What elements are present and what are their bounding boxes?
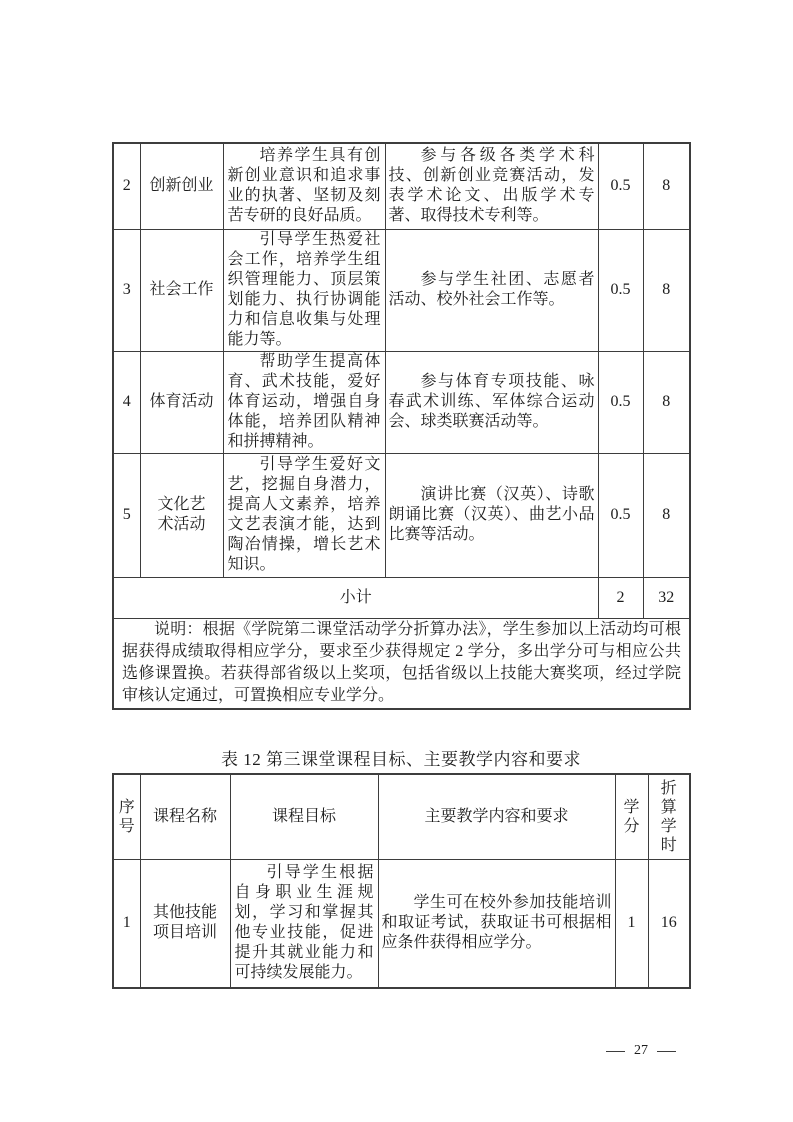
course-content-text: 参与体育专项技能、咏春武术训练、军体综合运动会、球类联赛活动等。 <box>386 372 598 432</box>
course-goal-text: 帮助学生提高体育、武术技能，爱好体育运动，增强自身体能，培养团队精神和拼搏精神。 <box>224 352 385 452</box>
course-content-text: 演讲比赛（汉英）、诗歌朗诵比赛（汉英）、曲艺小品比赛等活动。 <box>386 485 598 545</box>
course-goal: 引导学生热爱社会工作，培养学生组织管理能力、顶层策划能力、执行协调能力和信息收集… <box>223 229 385 351</box>
table-row: 1 其他技能项目培训 引导学生根据自身职业生涯规划，学习和掌握其他专业技能，促进… <box>113 859 690 988</box>
table-row: 4 体育活动 帮助学生提高体育、武术技能，爱好体育运动，增强自身体能，培养团队精… <box>113 351 690 453</box>
page-number-dash-right <box>657 1051 676 1052</box>
course-content: 参与学生社团、志愿者活动、校外社会工作等。 <box>385 229 598 351</box>
row-number: 1 <box>113 859 140 988</box>
course-content-text: 参与各级各类学术科技、创新创业竞赛活动，发表学术论文、出版学术专著、取得技术专利… <box>386 146 598 226</box>
subtotal-credit: 2 <box>598 577 643 618</box>
note-cell: 说明：根据《学院第二课堂活动学分折算办法》，学生参加以上活动均可根据获得成绩取得… <box>113 618 690 709</box>
course-name: 创新创业 <box>140 143 223 229</box>
hours-value: 8 <box>643 453 690 577</box>
course-name: 体育活动 <box>140 351 223 453</box>
course-goal-text: 引导学生爱好文艺，挖掘自身潜力，提高人文素养，培养文艺表演才能，达到陶冶情操，增… <box>224 455 385 575</box>
subtotal-row: 小计 2 32 <box>113 577 690 618</box>
course-name: 其他技能项目培训 <box>140 859 230 988</box>
course-goal: 帮助学生提高体育、武术技能，爱好体育运动，增强自身体能，培养团队精神和拼搏精神。 <box>223 351 385 453</box>
credit-value: 0.5 <box>598 351 643 453</box>
row-number: 2 <box>113 143 140 229</box>
credit-value: 1 <box>615 859 648 988</box>
subtotal-hours: 32 <box>643 577 690 618</box>
second-classroom-table: 2 创新创业 培养学生具有创新创业意识和追求事业的执著、坚韧及刻苦专研的良好品质… <box>112 142 691 710</box>
course-goal: 引导学生爱好文艺，挖掘自身潜力，提高人文素养，培养文艺表演才能，达到陶冶情操，增… <box>223 453 385 577</box>
course-goal: 培养学生具有创新创业意识和追求事业的执著、坚韧及刻苦专研的良好品质。 <box>223 143 385 229</box>
hours-value: 8 <box>643 229 690 351</box>
course-name: 文化艺术活动 <box>140 453 223 577</box>
table-row: 5 文化艺术活动 引导学生爱好文艺，挖掘自身潜力，提高人文素养，培养文艺表演才能… <box>113 453 690 577</box>
course-name-text: 文化艺术活动 <box>158 495 206 535</box>
note-row: 说明：根据《学院第二课堂活动学分折算办法》，学生参加以上活动均可根据获得成绩取得… <box>113 618 690 709</box>
header-credit-text: 学分 <box>623 798 640 836</box>
page-number-dash-left <box>606 1051 625 1052</box>
credit-value: 0.5 <box>598 143 643 229</box>
header-course-goal: 课程目标 <box>230 774 378 859</box>
course-goal-text: 引导学生根据自身职业生涯规划，学习和掌握其他专业技能，促进提升其就业能力和可持续… <box>231 863 378 983</box>
course-content: 参与体育专项技能、咏春武术训练、军体综合运动会、球类联赛活动等。 <box>385 351 598 453</box>
course-content-text: 参与学生社团、志愿者活动、校外社会工作等。 <box>386 270 598 310</box>
table-row: 2 创新创业 培养学生具有创新创业意识和追求事业的执著、坚韧及刻苦专研的良好品质… <box>113 143 690 229</box>
header-course-content: 主要教学内容和要求 <box>378 774 615 859</box>
course-name-text: 其他技能项目培训 <box>153 903 217 943</box>
note-text: 说明：根据《学院第二课堂活动学分折算办法》，学生参加以上活动均可根据获得成绩取得… <box>114 619 689 707</box>
table12-caption: 表 12 第三课堂课程目标、主要教学内容和要求 <box>112 745 690 770</box>
row-number: 3 <box>113 229 140 351</box>
page-number-value: 27 <box>634 1043 648 1059</box>
hours-value: 8 <box>643 143 690 229</box>
course-content-text: 学生可在校外参加技能培训和取证考试，获取证书可根据相应条件获得相应学分。 <box>379 893 615 953</box>
header-hours: 折算学时 <box>648 774 690 859</box>
credit-value: 0.5 <box>598 453 643 577</box>
course-content: 学生可在校外参加技能培训和取证考试，获取证书可根据相应条件获得相应学分。 <box>378 859 615 988</box>
header-no: 序号 <box>113 774 140 859</box>
subtotal-label: 小计 <box>113 577 598 618</box>
header-course-name: 课程名称 <box>140 774 230 859</box>
course-content: 参与各级各类学术科技、创新创业竞赛活动，发表学术论文、出版学术专著、取得技术专利… <box>385 143 598 229</box>
row-number: 4 <box>113 351 140 453</box>
row-number: 5 <box>113 453 140 577</box>
header-credit: 学分 <box>615 774 648 859</box>
hours-value: 8 <box>643 351 690 453</box>
course-content: 演讲比赛（汉英）、诗歌朗诵比赛（汉英）、曲艺小品比赛等活动。 <box>385 453 598 577</box>
course-goal: 引导学生根据自身职业生涯规划，学习和掌握其他专业技能，促进提升其就业能力和可持续… <box>230 859 378 988</box>
page-number: 27 <box>598 1043 684 1059</box>
course-name: 社会工作 <box>140 229 223 351</box>
header-hours-text: 折算学时 <box>660 779 677 855</box>
header-no-text: 序号 <box>118 798 135 836</box>
credit-value: 0.5 <box>598 229 643 351</box>
course-goal-text: 引导学生热爱社会工作，培养学生组织管理能力、顶层策划能力、执行协调能力和信息收集… <box>224 230 385 350</box>
course-goal-text: 培养学生具有创新创业意识和追求事业的执著、坚韧及刻苦专研的良好品质。 <box>224 146 385 226</box>
third-classroom-table: 序号 课程名称 课程目标 主要教学内容和要求 学分 折算学时 1 其他技能项目培… <box>112 773 691 989</box>
header-row: 序号 课程名称 课程目标 主要教学内容和要求 学分 折算学时 <box>113 774 690 859</box>
hours-value: 16 <box>648 859 690 988</box>
document-page: 2 创新创业 培养学生具有创新创业意识和追求事业的执著、坚韧及刻苦专研的良好品质… <box>0 0 793 1122</box>
table-row: 3 社会工作 引导学生热爱社会工作，培养学生组织管理能力、顶层策划能力、执行协调… <box>113 229 690 351</box>
